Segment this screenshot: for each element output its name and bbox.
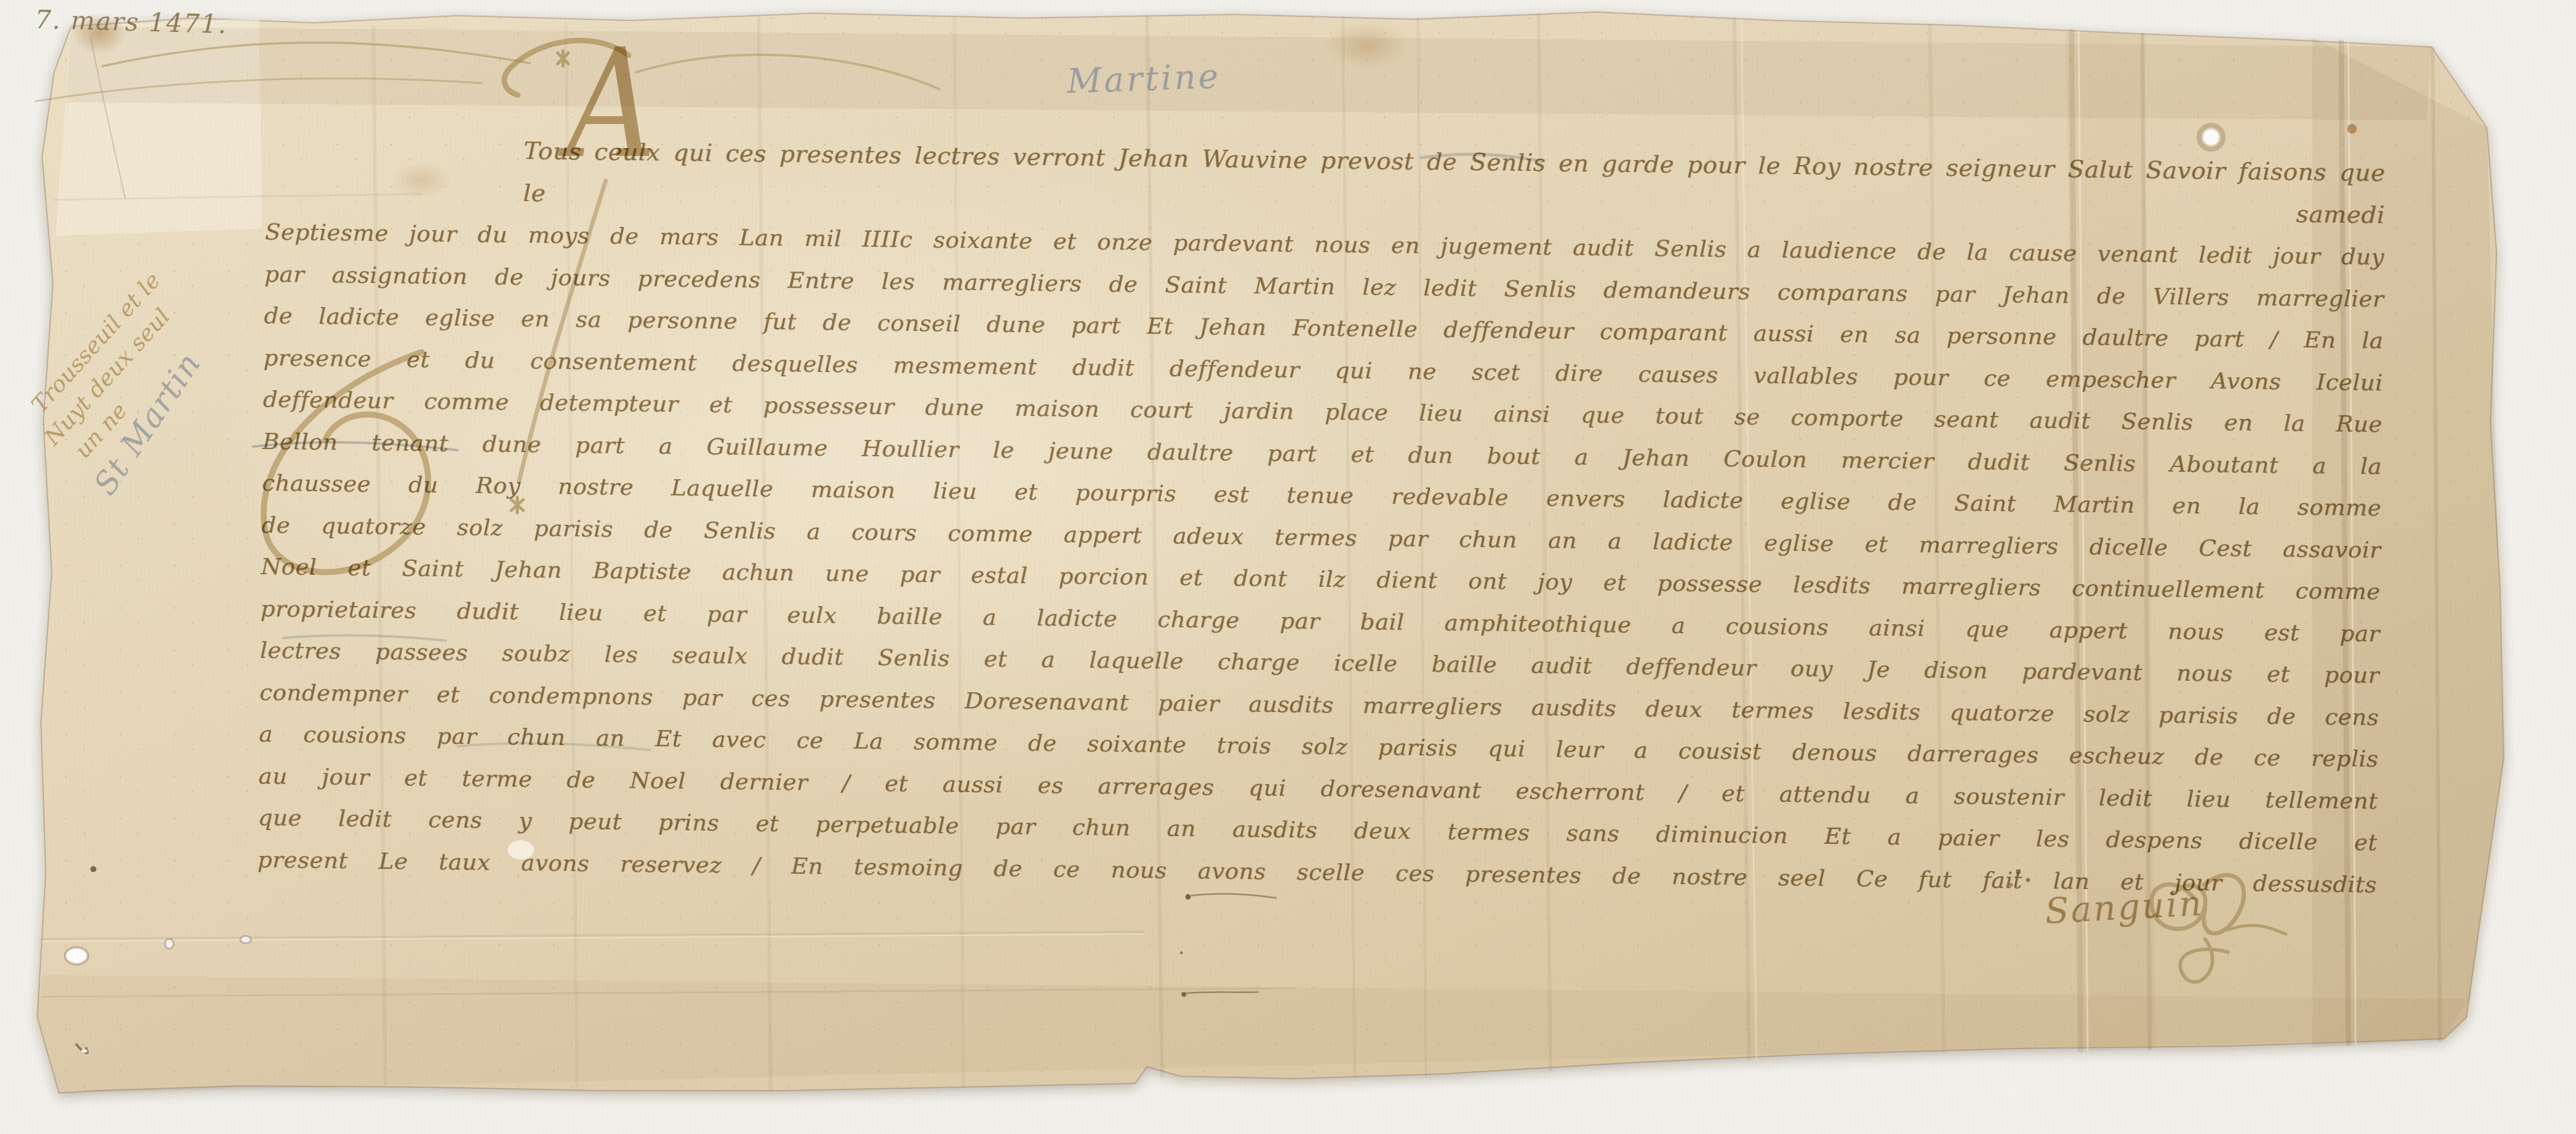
scanned-manuscript-page: 7. mars 1471. Martine Trousseuil et le N… [0, 0, 2576, 1134]
manuscript-text-block: Tous ceulx qui ces presentes lectres ver… [257, 128, 2386, 906]
pencil-title-annotation: Martine [1066, 60, 1221, 99]
notary-signature: Sanguin [2044, 885, 2204, 929]
archival-date-note: 7. mars 1471. [35, 7, 228, 37]
